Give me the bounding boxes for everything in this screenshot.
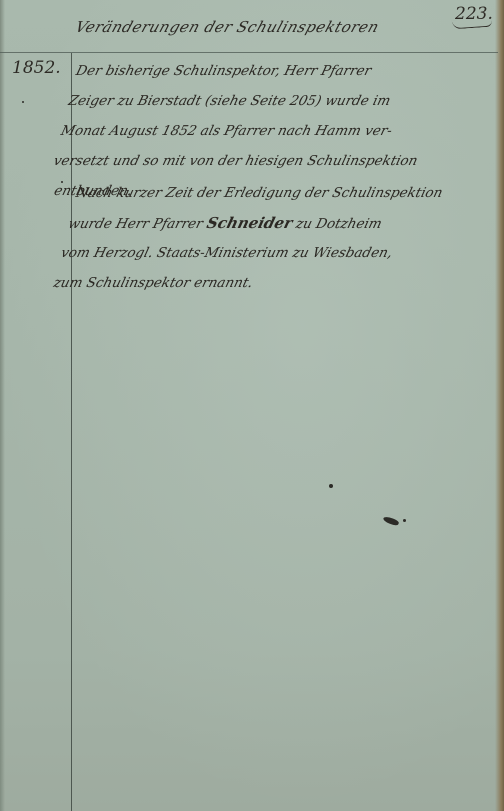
entry-line: Monat August 1852 als Pfarrer nach Hamm … bbox=[58, 116, 480, 146]
page-left-edge bbox=[0, 0, 5, 811]
inspector-name: Schneider bbox=[205, 214, 294, 232]
ink-spot bbox=[22, 101, 24, 103]
entry-line-with-name: wurde Herr Pfarrer Schneider zu Dotzheim bbox=[65, 208, 487, 238]
header-rule-line bbox=[0, 52, 498, 53]
entry-line: Nach kurzer Zeit der Erledigung der Schu… bbox=[73, 178, 495, 208]
entry-line: Zeiger zu Bierstadt (siehe Seite 205) wu… bbox=[65, 86, 487, 116]
entry-text: zu Dotzheim bbox=[294, 216, 383, 232]
entry-line: zum Schulinspektor ernannt. bbox=[50, 268, 472, 298]
entry-line: versetzt und so mit von der hiesigen Sch… bbox=[50, 146, 472, 176]
page-header-title: Veränderungen der Schulinspektoren bbox=[73, 18, 399, 36]
ledger-page: Veränderungen der Schulinspektoren 223. … bbox=[0, 0, 504, 811]
ink-spot bbox=[403, 519, 406, 522]
entry-text: wurde Herr Pfarrer bbox=[67, 216, 205, 232]
entry-line: vom Herzogl. Staats-Ministerium zu Wiesb… bbox=[58, 238, 480, 268]
entry-new-inspector: Nach kurzer Zeit der Erledigung der Schu… bbox=[50, 178, 495, 298]
margin-year: 1852. bbox=[12, 58, 61, 78]
ink-spot bbox=[329, 484, 333, 488]
page-binding-edge bbox=[495, 0, 504, 811]
ink-blot bbox=[382, 515, 399, 527]
entry-line: Der bisherige Schulinspektor, Herr Pfarr… bbox=[73, 56, 495, 86]
ink-spot bbox=[61, 181, 63, 183]
page-number-flourish bbox=[452, 18, 493, 30]
